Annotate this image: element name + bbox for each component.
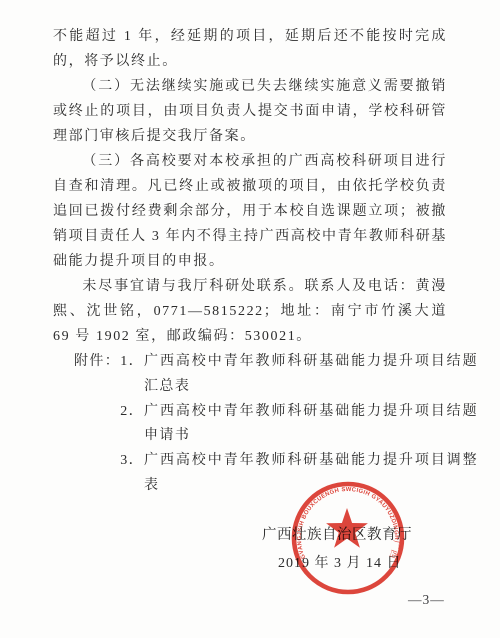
attachments-section: 附件： 1． 广西高校中青年教师科研基础能力提升项目结题汇总表 2． 广西高校中… — [74, 350, 478, 499]
signature-date: 2019 年 3 月 14 日 — [278, 552, 402, 572]
body-paragraph: 不能超过 1 年，经延期的项目，延期后还不能按时完成的，将予以终止。 — [53, 24, 447, 74]
attachment-number: 2． — [120, 400, 144, 425]
signature-issuer: 广西壮族自治区教育厅 — [262, 523, 412, 544]
attachments-label: 附件： — [74, 350, 120, 375]
attachment-number: 1． — [120, 350, 144, 375]
attachment-text: 广西高校中青年教师科研基础能力提升项目结题申请书 — [144, 400, 478, 450]
attachments-list: 1． 广西高校中青年教师科研基础能力提升项目结题汇总表 2． 广西高校中青年教师… — [120, 350, 478, 499]
page-number: —3— — [408, 592, 445, 608]
body-paragraph: （二）无法继续实施或已失去继续实施意义需要撤销或终止的项目，由项目负责人提交书面… — [53, 74, 447, 149]
attachment-item: 1． 广西高校中青年教师科研基础能力提升项目结题汇总表 — [120, 350, 478, 400]
attachment-number: 3． — [120, 449, 144, 474]
attachment-item: 3． 广西高校中青年教师科研基础能力提升项目调整表 — [120, 449, 478, 499]
document-page: 不能超过 1 年，经延期的项目，延期后还不能按时完成的，将予以终止。 （二）无法… — [0, 0, 500, 638]
body-text-block: 不能超过 1 年，经延期的项目，延期后还不能按时完成的，将予以终止。 （二）无法… — [53, 24, 447, 349]
attachment-text: 广西高校中青年教师科研基础能力提升项目结题汇总表 — [144, 350, 478, 400]
body-paragraph: 未尽事宜请与我厅科研处联系。联系人及电话：黄漫熙、沈世铭，0771—581522… — [53, 274, 447, 349]
body-paragraph: （三）各高校要对本校承担的广西高校科研项目进行自查和清理。凡已终止或被撤项的项目… — [53, 149, 447, 274]
attachment-item: 2． 广西高校中青年教师科研基础能力提升项目结题申请书 — [120, 400, 478, 450]
attachment-text: 广西高校中青年教师科研基础能力提升项目调整表 — [144, 449, 478, 499]
